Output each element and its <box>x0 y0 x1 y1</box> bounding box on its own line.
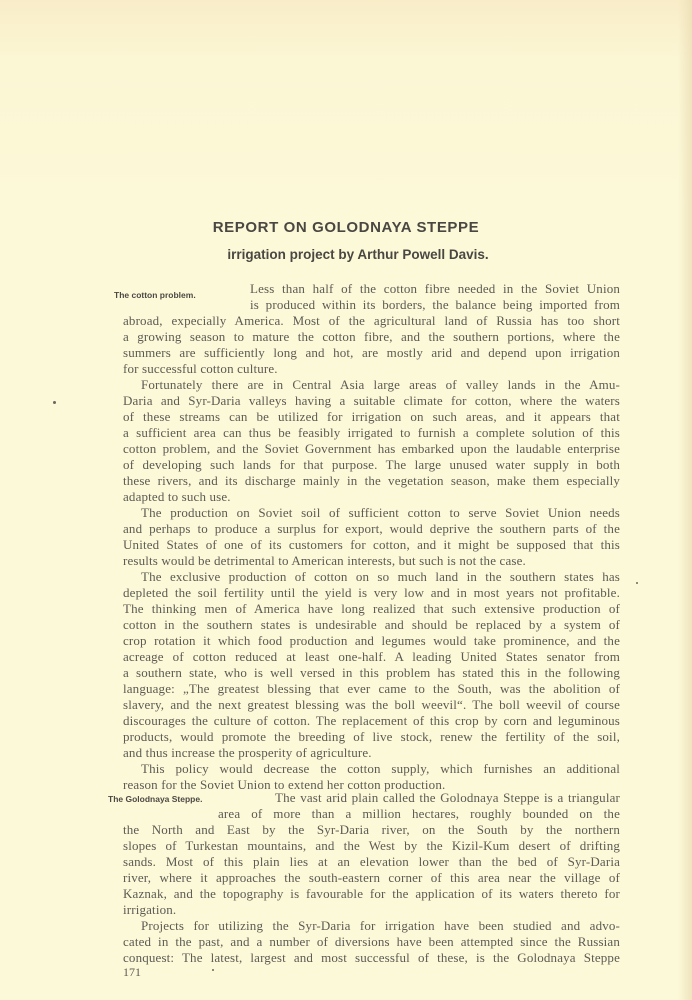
text-line: and perhaps to produce a surplus for exp… <box>123 521 620 537</box>
text-line: acreage of cotton reduced at least one-h… <box>123 649 620 665</box>
document-subtitle: irrigation project by Arthur Powell Davi… <box>0 247 692 262</box>
scan-speck <box>212 969 214 971</box>
text-line: abroad, expecially America. Most of the … <box>123 313 620 329</box>
page-number: 171 <box>123 965 141 980</box>
text-line: cated in the past, and a number of diver… <box>123 934 620 950</box>
text-line: a sufficient area can thus be feasibly i… <box>123 425 620 441</box>
text-line: depleted the soil fertility until the yi… <box>123 585 620 601</box>
text-line: This policy would decrease the cotton su… <box>141 761 620 777</box>
text-line: United States of one of its customers fo… <box>123 537 620 553</box>
text-line: Projects for utilizing the Syr-Daria for… <box>141 918 620 934</box>
text-line: Daria and Syr-Daria valleys having a sui… <box>123 393 620 409</box>
text-line: The thinking men of America have long re… <box>123 601 620 617</box>
text-line: river, where it approaches the south-eas… <box>123 870 620 886</box>
text-line: adapted to such use. <box>123 489 620 505</box>
text-line: a southern state, who is well versed in … <box>123 665 620 681</box>
side-note-cotton-problem: The cotton problem. <box>114 290 196 300</box>
text-line: conquest: The latest, largest and most s… <box>123 950 620 966</box>
text-line: slavery, and the next greatest blessing … <box>123 697 620 713</box>
text-line: irrigation. <box>123 902 620 918</box>
text-line: is produced within its borders, the bala… <box>250 297 620 313</box>
text-line: cotton problem, and the Soviet Governmen… <box>123 441 620 457</box>
scan-speck <box>636 582 638 584</box>
text-line: area of more than a million hectares, ro… <box>218 806 620 822</box>
text-line: results would be detrimental to American… <box>123 553 620 569</box>
text-line: Kaznak, and the topography is favourable… <box>123 886 620 902</box>
side-note-golodnaya-steppe: The Golodnaya Steppe. <box>108 794 202 804</box>
text-line: a growing season to mature the cotton fi… <box>123 329 620 345</box>
text-line: discourages the culture of cotton. The r… <box>123 713 620 729</box>
text-line: and thus increase the prosperity of agri… <box>123 745 620 761</box>
text-line: The vast arid plain called the Golodnaya… <box>275 790 620 806</box>
text-line: The exclusive production of cotton on so… <box>141 569 620 585</box>
text-line: slopes of Turkestan mountains, and the W… <box>123 838 620 854</box>
text-line: of these streams can be utilized for irr… <box>123 409 620 425</box>
text-line: Less than half of the cotton fibre neede… <box>250 281 620 297</box>
text-line: the North and East by the Syr-Daria rive… <box>123 822 620 838</box>
text-line: sands. Most of this plain lies at an ele… <box>123 854 620 870</box>
text-line: of developing such lands for that purpos… <box>123 457 620 473</box>
text-line: these rivers, and its discharge mainly i… <box>123 473 620 489</box>
text-line: for successful cotton culture. <box>123 361 620 377</box>
document-title: REPORT ON GOLODNAYA STEPPE <box>0 219 692 236</box>
page-edge-shadow <box>678 0 692 1000</box>
text-line: The production on Soviet soil of suffici… <box>141 505 620 521</box>
text-line: crop rotation it which food production a… <box>123 633 620 649</box>
text-line: summers are sufficiently long and hot, a… <box>123 345 620 361</box>
scan-speck <box>53 401 56 404</box>
text-line: language: „The greatest blessing that ev… <box>123 681 620 697</box>
text-line: products, would promote the breeding of … <box>123 729 620 745</box>
text-line: Fortunately there are in Central Asia la… <box>141 377 620 393</box>
document-page: REPORT ON GOLODNAYA STEPPE irrigation pr… <box>0 0 692 1000</box>
text-line: cotton in the southern states is undesir… <box>123 617 620 633</box>
